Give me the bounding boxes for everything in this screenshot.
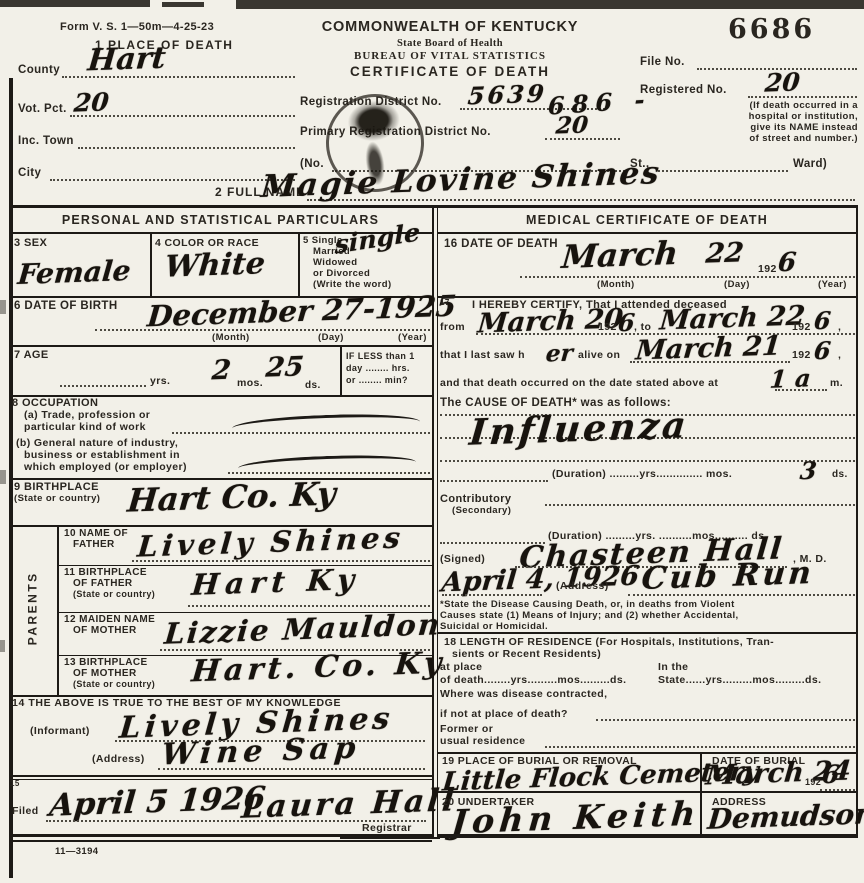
sex-value: Female [16, 254, 132, 291]
informant-address-value: Wine Sap [160, 731, 362, 773]
father-bp-line [188, 605, 430, 607]
dod-label: 16 DATE OF DEATH [444, 238, 558, 250]
occupation-label: 8 OCCUPATION [12, 398, 98, 410]
line [340, 837, 440, 839]
cause-line-3 [440, 460, 855, 462]
vot-pct-value: 20 [73, 87, 110, 117]
certify-saw-year-print: 192 [792, 350, 811, 361]
occupation-a-line [172, 432, 430, 434]
certify-from-label: from [440, 322, 465, 333]
age-yrs-label: yrs. [150, 376, 170, 387]
line [9, 345, 432, 347]
bureau-heading: BUREAU OF VITAL STATISTICS [290, 51, 610, 63]
ward-label: Ward) [793, 158, 827, 170]
certify-section-number: 17 [440, 299, 450, 307]
certify-saw-label-1: that I last saw h [440, 350, 525, 361]
marital-label-4: or Divorced [313, 269, 370, 279]
contracted-label-2: if not at place of death? [440, 709, 568, 720]
dod-day-label: (Day) [724, 280, 750, 290]
if-less-label-2: day ........ hrs. [346, 364, 410, 373]
line [700, 791, 856, 793]
dod-year-print: 192 [758, 264, 777, 275]
line [438, 632, 856, 634]
contributory-sub-label: (Secondary) [452, 506, 511, 516]
contributory-label: Contributory [440, 494, 511, 506]
occupation-b-1: (b) General nature of industry, [16, 438, 178, 449]
bottom-form-code: 11—3194 [55, 847, 98, 857]
father-name-line [132, 560, 430, 562]
former-label-2: usual residence [440, 736, 525, 747]
scan-artifact [162, 2, 204, 7]
signed-label: (Signed) [440, 554, 485, 565]
inc-town-line [78, 147, 295, 149]
hospital-note-4: of street and number.) [660, 134, 858, 144]
marital-label-5: (Write the word) [313, 280, 392, 290]
death-at-line [775, 389, 827, 391]
footnote-1: *State the Disease Causing Death, or, in… [440, 600, 735, 610]
dob-month-label: (Month) [212, 333, 250, 343]
sex-label: 3 SEX [14, 238, 47, 250]
signed-address-line [628, 594, 855, 596]
age-mos-label: mos. [237, 378, 263, 389]
age-line [60, 385, 146, 387]
certify-comma-1: , [838, 322, 841, 333]
county-label: County [18, 64, 60, 76]
mother-bp-value: Hart. Co. Ky [190, 646, 447, 690]
footnote-2: Causes state (1) Means of Injury; and (2… [440, 611, 739, 621]
dod-year-hw: 6 [777, 248, 798, 279]
age-ds-value: 25 [265, 351, 305, 383]
scan-artifact [0, 470, 6, 484]
residence-heading-2: sients or Recent Residents) [452, 649, 601, 660]
if-less-label-3: or ........ min? [346, 376, 408, 385]
duration-ds-label: ds. [832, 470, 848, 481]
primary-district-value: 20 [555, 111, 590, 139]
dod-day-value: 22 [705, 237, 745, 269]
commonwealth-heading: COMMONWEALTH OF KENTUCKY [290, 20, 610, 35]
age-label: 7 AGE [14, 350, 49, 362]
certify-to-year-print: 192 [792, 322, 811, 333]
residence-heading-1: 18 LENGTH OF RESIDENCE (For Hospitals, I… [444, 637, 774, 648]
burial-year-hw: 6 [821, 760, 841, 790]
city-label: City [18, 167, 41, 179]
duration-ds-value: 3 [799, 456, 818, 486]
county-value: Hart [86, 41, 167, 79]
former-label-1: Former or [440, 724, 493, 735]
dod-line [520, 276, 855, 278]
at-place-label: at place [440, 662, 482, 673]
informant-address-line [158, 768, 425, 770]
line [438, 296, 856, 298]
dod-year-label: (Year) [818, 280, 847, 290]
hospital-note-3: give its NAME instead [660, 123, 858, 133]
line [9, 840, 432, 842]
dod-month-label: (Month) [597, 280, 635, 290]
former-line [545, 746, 855, 748]
file-no-label: File No. [640, 56, 685, 68]
death-certificate-scan: Form V. S. 1—50m—4-25-23 1 PLACE OF DEAT… [0, 0, 864, 883]
inc-town-label: Inc. Town [18, 135, 74, 147]
certificate-number: 6686 [728, 16, 815, 44]
signed-address-value: Cub Run [640, 555, 815, 597]
certify-comma-2: , [838, 350, 841, 361]
reg-district-value: 5639 [467, 79, 549, 111]
age-ds-label: ds. [305, 381, 321, 392]
filed-section-number: 15 [10, 780, 20, 788]
birthplace-sub-label: (State or country) [14, 494, 100, 504]
filed-date-value: April 5 1926 [48, 780, 267, 823]
vot-pct-label: Vot. Pct. [18, 103, 67, 115]
contracted-line [596, 719, 855, 721]
medical-title: MEDICAL CERTIFICATE OF DEATH [438, 214, 856, 227]
certify-to-label: , to [634, 322, 651, 333]
of-death-line: of death........yrs.........mos.........… [440, 675, 626, 686]
signed-date-value: April 4, 1926 [440, 561, 640, 599]
mother-name-label-2: OF MOTHER [73, 626, 137, 637]
occupation-b-2: business or establishment in [24, 450, 180, 461]
occupation-b-stroke [238, 453, 416, 470]
certify-to-year-hw: 6 [813, 306, 832, 336]
line [9, 779, 432, 780]
certify-from-year-print: 192 [598, 322, 617, 333]
city-line [50, 179, 295, 181]
dod-month-value: March [560, 234, 680, 276]
contributory-line [545, 504, 855, 506]
line [150, 232, 152, 296]
line [438, 752, 856, 754]
line [298, 232, 300, 296]
scan-artifact [0, 0, 150, 7]
in-the-label: In the [658, 662, 688, 673]
certify-saw-year-hw: 6 [813, 336, 832, 366]
dob-year-label: (Year) [398, 333, 427, 343]
street-line [658, 170, 788, 172]
signed-date-line [442, 594, 542, 596]
birthplace-label: 9 BIRTHPLACE [14, 482, 99, 494]
cause-value: Influenza [468, 404, 691, 454]
duration-line-1: (Duration) .........yrs.............. mo… [552, 469, 732, 480]
occupation-a-2: particular kind of work [24, 422, 146, 433]
scan-artifact [236, 0, 864, 9]
father-bp-label-1: 11 BIRTHPLACE [64, 568, 147, 579]
hospital-note-2: hospital or institution, [660, 112, 858, 122]
father-bp-label-2: OF FATHER [73, 579, 133, 590]
contracted-label-1: Where was disease contracted, [440, 689, 607, 700]
undertaker-address-value: Demudson [706, 797, 864, 836]
dob-day-label: (Day) [318, 333, 344, 343]
dob-label: 6 DATE OF BIRTH [14, 300, 118, 312]
filed-label: Filed [12, 806, 39, 817]
line [438, 791, 700, 793]
mother-name-label-1: 12 MAIDEN NAME [64, 615, 155, 626]
registrar-label: Registrar [362, 823, 412, 834]
footnote-3: Suicidal or Homicidal. [440, 622, 548, 632]
occupation-b-3: which employed (or employer) [24, 462, 187, 473]
scan-artifact [0, 300, 6, 314]
registered-no-label: Registered No. [640, 84, 727, 96]
parents-label: PARENTS [27, 566, 40, 650]
age-mos-value: 2 [211, 355, 233, 387]
certificate-title: CERTIFICATE OF DEATH [290, 65, 610, 79]
if-less-label-1: IF LESS than 1 [346, 352, 415, 361]
mother-name-value: Lizzie Mauldon [163, 607, 443, 651]
occupation-a-stroke [232, 412, 420, 431]
board-heading: State Board of Health [290, 38, 610, 49]
father-bp-value: Hart Ky [190, 562, 361, 602]
registered-no-value: 20 [764, 67, 801, 97]
death-at-label: and that death occurred on the date stat… [440, 378, 718, 389]
certify-saw-line [630, 361, 790, 363]
certify-saw-label-2: alive on [578, 350, 620, 361]
race-value: White [163, 246, 266, 284]
certify-to-value: March 22 [658, 300, 806, 336]
line [438, 232, 856, 234]
line [9, 775, 432, 777]
certify-saw-hw: er [545, 340, 574, 368]
mother-bp-label-3: (State or country) [73, 680, 155, 689]
father-name-label-2: FATHER [73, 540, 115, 551]
form-code: Form V. S. 1—50m—4-25-23 [60, 22, 214, 34]
father-bp-label-3: (State or country) [73, 590, 155, 599]
mother-bp-label-2: OF MOTHER [73, 669, 137, 680]
death-at-m-label: m. [830, 378, 843, 389]
informant-label: (Informant) [30, 726, 90, 737]
marital-label-3: Widowed [313, 258, 357, 268]
burial-year-print: 192 [805, 778, 821, 787]
informant-address-label: (Address) [92, 754, 145, 765]
hospital-note-1: (If death occurred in a [660, 101, 858, 111]
state-line: State......yrs.........mos.........ds. [658, 675, 821, 686]
signed-address-label: (Address) [556, 581, 609, 592]
dob-line [95, 329, 430, 331]
duration-line-1-dots [440, 480, 548, 482]
occupation-a-1: (a) Trade, profession or [24, 410, 150, 421]
line [57, 525, 59, 695]
line [340, 345, 342, 395]
father-name-label-1: 10 NAME OF [64, 529, 128, 540]
right-border [856, 205, 858, 838]
birthplace-value: Hart Co. Ky [126, 474, 337, 519]
scan-artifact [0, 640, 5, 652]
line [438, 834, 858, 838]
mother-bp-label-1: 13 BIRTHPLACE [64, 658, 148, 669]
